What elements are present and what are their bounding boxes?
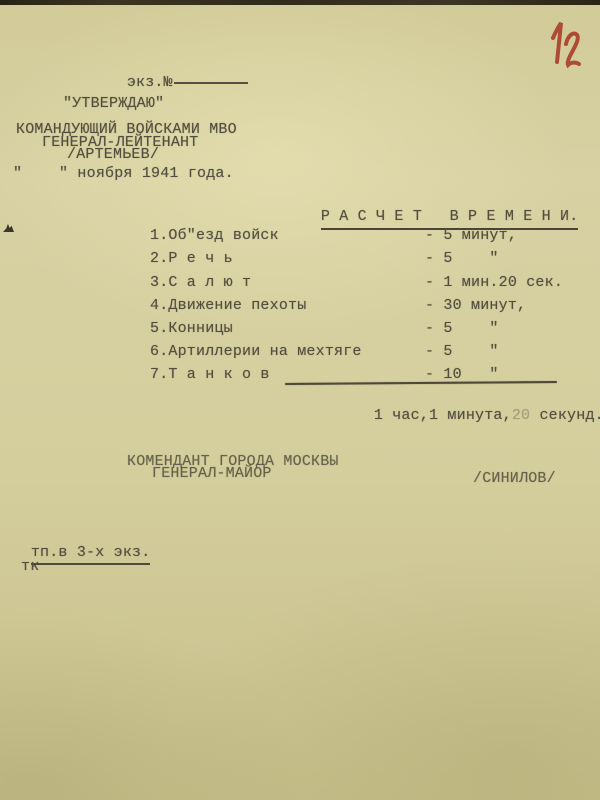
signoff-signature: /СИНИЛОВ/ — [473, 470, 556, 487]
copies-note-text: тп.в 3-х экз. — [31, 544, 151, 565]
schedule-row: 7.Т а н к о в — [150, 366, 270, 383]
schedule-row: 5.Конницы — [150, 320, 233, 337]
schedule-row-value: - 1 мин.20 сек. — [425, 274, 563, 291]
total-faint-number: 20 — [512, 407, 530, 424]
total-separator-line — [285, 381, 557, 385]
schedule-row-value: - 5 " — [425, 320, 499, 337]
schedule-row-value: - 5 " — [425, 343, 499, 360]
total-time-line: 1 час,1 минута,20 секунд. — [337, 390, 600, 441]
ink-blot-artifact — [3, 223, 14, 232]
scan-edge-artifact — [0, 0, 600, 5]
schedule-row: 3.С а л ю т — [150, 274, 251, 291]
copy-number-blank — [174, 82, 248, 84]
total-part2: секунд. — [530, 407, 600, 424]
schedule-row: 6.Артиллерии на мехтяге — [150, 343, 362, 360]
schedule-row: 1.Об"езд войск — [150, 227, 279, 244]
approver-signature: /АРТЕМЬЕВ/ — [67, 146, 159, 163]
schedule-row: 4.Движение пехоты — [150, 297, 306, 314]
schedule-row-value: - 30 минут, — [425, 297, 526, 314]
scanned-document-page: экз.№ "УТВЕРЖДАЮ" КОМАНДУЮЩИЙ ВОЙСКАМИ М… — [0, 0, 600, 800]
signoff-rank-line: ГЕНЕРАЛ-МАЙОР — [152, 465, 272, 482]
schedule-row-value: - 10 " — [425, 366, 499, 383]
schedule-row-value: - 5 минут, — [425, 227, 517, 244]
red-pencil-mark-12 — [546, 18, 590, 76]
schedule-row-value: - 5 " — [425, 250, 499, 267]
approved-stamp-text: "УТВЕРЖДАЮ" — [63, 95, 164, 112]
copy-number-label: экз.№ — [127, 74, 173, 91]
schedule-row: 2.Р е ч ь — [150, 250, 233, 267]
total-part1: 1 час,1 минута, — [374, 407, 512, 424]
typist-initials: тк — [21, 558, 39, 575]
date-line: " " ноября 1941 года. — [13, 165, 234, 182]
